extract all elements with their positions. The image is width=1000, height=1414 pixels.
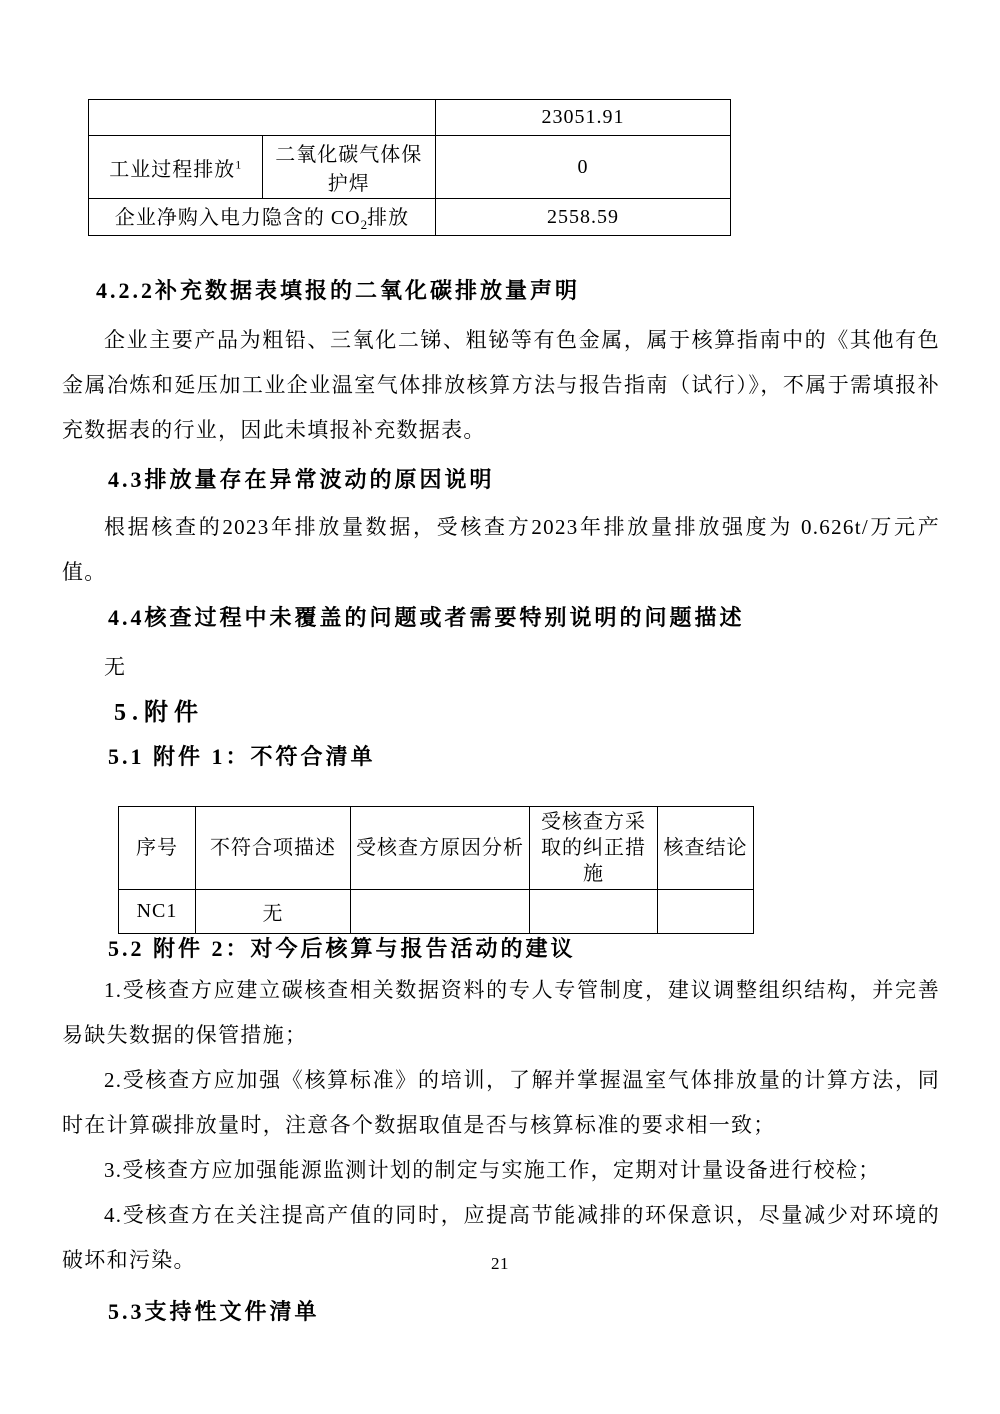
nc-header-corrective-action: 受核查方采取的纠正措施 — [530, 807, 658, 890]
nc-data-row: NC1 无 — [119, 890, 754, 934]
emissions-value-cell: 0 — [436, 136, 731, 199]
paragraph-4-4-none: 无 — [62, 645, 940, 690]
heading-4-3: 4.3排放量存在异常波动的原因说明 — [108, 465, 940, 495]
recommendation-item-1: 1.受核查方应建立碳核查相关数据资料的专人专管制度，建议调整组织结构，并完善易缺… — [62, 968, 940, 1058]
nc-cell-description: 无 — [196, 890, 351, 934]
recommendation-item-2: 2.受核查方应加强《核算标准》的培训，了解并掌握温室气体排放量的计算方法，同时在… — [62, 1058, 940, 1148]
nonconformity-table: 序号 不符合项描述 受核查方原因分析 受核查方采取的纠正措施 核查结论 NC1 … — [118, 806, 754, 934]
recommendations-list: 1.受核查方应建立碳核查相关数据资料的专人专管制度，建议调整组织结构，并完善易缺… — [62, 968, 940, 1283]
nc-header-cause-analysis: 受核查方原因分析 — [351, 807, 530, 890]
nc-header-description: 不符合项描述 — [196, 807, 351, 890]
emissions-row-process: 工业过程排放1 二氧化碳气体保护焊 0 — [89, 136, 731, 199]
heading-5: 5.附件 — [114, 696, 940, 730]
nc-header-conclusion: 核查结论 — [658, 807, 754, 890]
heading-4-4: 4.4核查过程中未覆盖的问题或者需要特别说明的问题描述 — [108, 603, 940, 633]
emissions-row-electricity: 企业净购入电力隐含的 CO2排放 2558.59 — [89, 199, 731, 236]
page-content: 23051.91 工业过程排放1 二氧化碳气体保护焊 0 企业净购入电力隐含的 … — [0, 0, 1000, 1327]
nc-cell-cause-analysis — [351, 890, 530, 934]
document-page: 23051.91 工业过程排放1 二氧化碳气体保护焊 0 企业净购入电力隐含的 … — [0, 0, 1000, 1414]
nc-cell-corrective-action — [530, 890, 658, 934]
footnote-marker: 1 — [235, 157, 241, 171]
emissions-electricity-label-cell: 企业净购入电力隐含的 CO2排放 — [89, 199, 436, 236]
nc-cell-index: NC1 — [119, 890, 196, 934]
emissions-category-empty-cell — [89, 100, 436, 136]
heading-5-2: 5.2 附件 2：对今后核算与报告活动的建议 — [108, 934, 940, 964]
emissions-table: 23051.91 工业过程排放1 二氧化碳气体保护焊 0 企业净购入电力隐含的 … — [88, 99, 731, 236]
label-suffix: 排放 — [367, 207, 409, 229]
emissions-row-continued: 23051.91 — [89, 100, 731, 136]
emissions-subcategory-cell: 二氧化碳气体保护焊 — [262, 136, 436, 199]
nc-cell-conclusion — [658, 890, 754, 934]
nc-header-index: 序号 — [119, 807, 196, 890]
label-prefix: 企业净购入电力隐含的 CO — [115, 207, 361, 229]
heading-4-2-2: 4.2.2补充数据表填报的二氧化碳排放量声明 — [96, 276, 940, 306]
page-number: 21 — [0, 1254, 1000, 1274]
paragraph-4-3: 根据核查的2023年排放量数据，受核查方2023年排放量排放强度为 0.626t… — [62, 505, 940, 595]
recommendation-item-3: 3.受核查方应加强能源监测计划的制定与实施工作，定期对计量设备进行校检； — [62, 1148, 940, 1193]
heading-5-3: 5.3支持性文件清单 — [108, 1297, 940, 1327]
nc-header-row: 序号 不符合项描述 受核查方原因分析 受核查方采取的纠正措施 核查结论 — [119, 807, 754, 890]
emissions-value-cell: 2558.59 — [436, 199, 731, 236]
emissions-category-cell: 工业过程排放1 — [89, 136, 263, 199]
emissions-value-cell: 23051.91 — [436, 100, 731, 136]
heading-5-1: 5.1 附件 1：不符合清单 — [108, 742, 940, 772]
paragraph-4-2-2: 企业主要产品为粗铅、三氧化二锑、粗铋等有色金属，属于核算指南中的《其他有色金属冶… — [62, 318, 940, 453]
category-text: 工业过程排放 — [109, 159, 235, 181]
